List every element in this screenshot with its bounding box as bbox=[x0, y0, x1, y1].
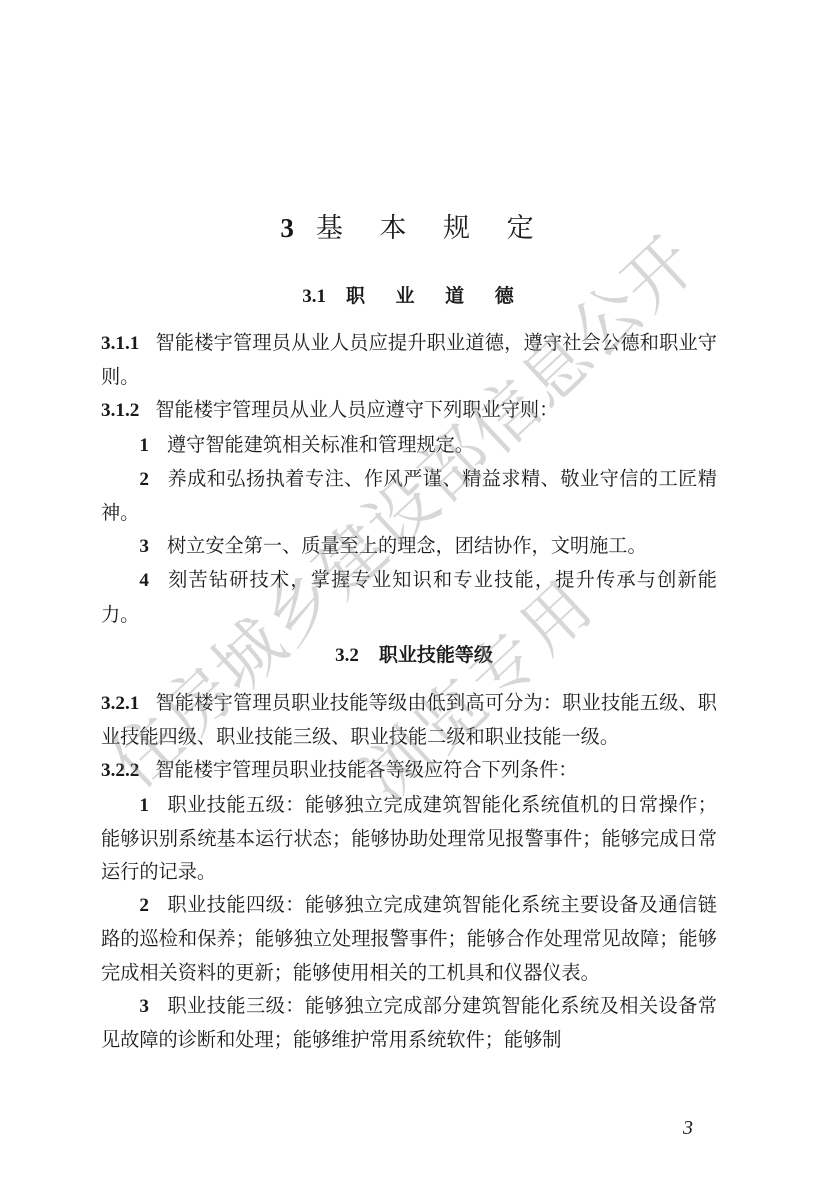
clause-text: 智能楼宇管理员从业人员应提升职业道德，遵守社会公德和职业守则。 bbox=[101, 331, 717, 388]
clause-text: 智能楼宇管理员从业人员应遵守下列职业守则： bbox=[155, 398, 558, 421]
item-text: 职业技能四级：能够独立完成建筑智能化系统主要设备及通信链路的巡检和保养；能够独立… bbox=[101, 893, 717, 983]
clause-number: 3.2.1 bbox=[101, 693, 139, 714]
clause-3-2-2: 3.2.2智能楼宇管理员职业技能各等级应符合下列条件： bbox=[101, 753, 717, 787]
chapter-title-text: 基 本 规 定 bbox=[316, 213, 548, 244]
clause-number: 3.1.1 bbox=[101, 333, 139, 354]
page-number: 3 bbox=[683, 1117, 693, 1140]
item-text: 遵守智能建筑相关标准和管理规定。 bbox=[167, 433, 474, 456]
section-title-text: 职业技能等级 bbox=[379, 644, 493, 666]
clause-number: 3.1.2 bbox=[101, 400, 139, 421]
list-item: 4刻苦钻研技术，掌握专业知识和专业技能，提升传承与创新能力。 bbox=[101, 563, 717, 630]
item-number: 3 bbox=[139, 536, 149, 557]
section-number: 3.1 bbox=[302, 286, 326, 307]
document-page: 3基 本 规 定 3.1职 业 道 德 3.1.1智能楼宇管理员从业人员应提升职… bbox=[0, 0, 828, 1198]
section-3-1-body: 3.1.1智能楼宇管理员从业人员应提升职业道德，遵守社会公德和职业守则。 3.1… bbox=[101, 326, 717, 631]
clause-number: 3.2.2 bbox=[101, 760, 139, 781]
item-number: 1 bbox=[139, 435, 149, 456]
item-text: 职业技能三级：能够独立完成部分建筑智能化系统及相关设备常见故障的诊断和处理；能够… bbox=[101, 994, 717, 1051]
item-text: 树立安全第一、质量至上的理念，团结协作，文明施工。 bbox=[167, 534, 647, 557]
list-item: 3职业技能三级：能够独立完成部分建筑智能化系统及相关设备常见故障的诊断和处理；能… bbox=[101, 989, 717, 1056]
chapter-title: 3基 本 规 定 bbox=[0, 206, 828, 245]
item-number: 1 bbox=[139, 795, 149, 816]
item-number: 4 bbox=[139, 570, 149, 591]
section-3-2-body: 3.2.1智能楼宇管理员职业技能等级由低到高可分为：职业技能五级、职业技能四级、… bbox=[101, 686, 717, 1056]
section-title-3-2: 3.2职业技能等级 bbox=[0, 640, 828, 667]
clause-3-1-2: 3.1.2智能楼宇管理员从业人员应遵守下列职业守则： bbox=[101, 393, 717, 427]
item-text: 职业技能五级：能够独立完成建筑智能化系统值机的日常操作；能够识别系统基本运行状态… bbox=[101, 793, 717, 883]
item-text: 养成和弘扬执着专注、作风严谨、精益求精、敬业守信的工匠精神。 bbox=[101, 467, 717, 524]
item-number: 2 bbox=[139, 895, 149, 916]
section-title-3-1: 3.1职 业 道 德 bbox=[0, 281, 828, 308]
section-title-text: 职 业 道 德 bbox=[346, 285, 526, 307]
item-number: 2 bbox=[139, 469, 149, 490]
list-item: 3树立安全第一、质量至上的理念，团结协作，文明施工。 bbox=[101, 529, 717, 563]
item-text: 刻苦钻研技术，掌握专业知识和专业技能，提升传承与创新能力。 bbox=[101, 568, 717, 625]
list-item: 1职业技能五级：能够独立完成建筑智能化系统值机的日常操作；能够识别系统基本运行状… bbox=[101, 788, 717, 889]
list-item: 1遵守智能建筑相关标准和管理规定。 bbox=[101, 428, 717, 462]
clause-text: 智能楼宇管理员职业技能等级由低到高可分为：职业技能五级、职业技能四级、职业技能三… bbox=[101, 691, 717, 748]
clause-3-2-1: 3.2.1智能楼宇管理员职业技能等级由低到高可分为：职业技能五级、职业技能四级、… bbox=[101, 686, 717, 753]
list-item: 2养成和弘扬执着专注、作风严谨、精益求精、敬业守信的工匠精神。 bbox=[101, 462, 717, 529]
clause-3-1-1: 3.1.1智能楼宇管理员从业人员应提升职业道德，遵守社会公德和职业守则。 bbox=[101, 326, 717, 393]
section-number: 3.2 bbox=[335, 645, 359, 666]
clause-text: 智能楼宇管理员职业技能各等级应符合下列条件： bbox=[155, 758, 577, 781]
list-item: 2职业技能四级：能够独立完成建筑智能化系统主要设备及通信链路的巡检和保养；能够独… bbox=[101, 888, 717, 989]
chapter-number: 3 bbox=[280, 213, 294, 243]
item-number: 3 bbox=[139, 996, 149, 1017]
